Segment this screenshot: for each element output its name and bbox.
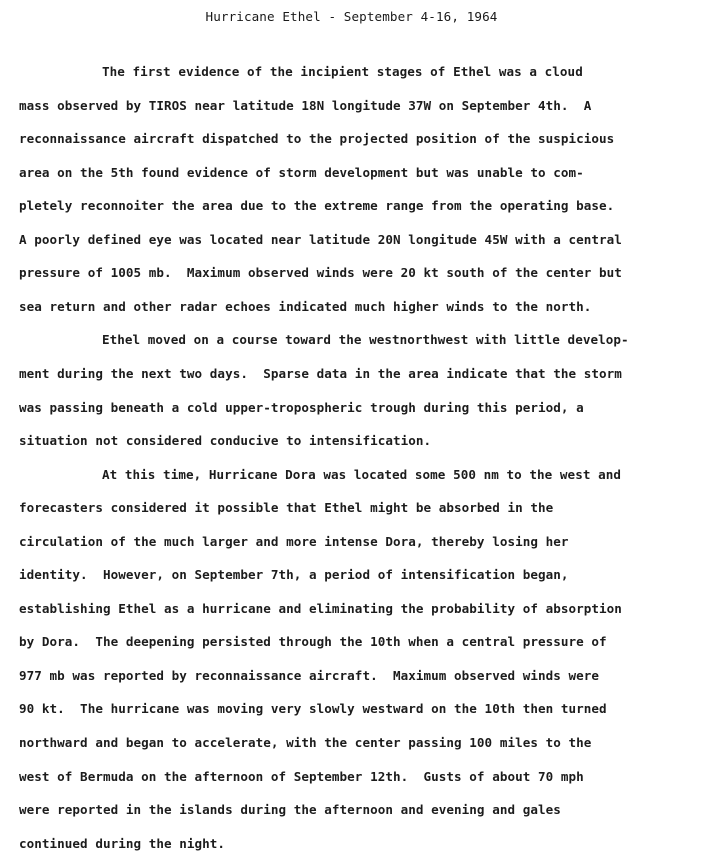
paragraph-line: 977 mb was reported by reconnaissance ai…: [19, 668, 599, 684]
paragraph-line: pressure of 1005 mb. Maximum observed wi…: [19, 265, 622, 281]
paragraph-first-line: At this time, Hurricane Dora was located…: [102, 467, 621, 483]
paragraph-line: area on the 5th found evidence of storm …: [19, 165, 584, 181]
paragraph-first-line: The first evidence of the incipient stag…: [102, 64, 583, 80]
paragraph-line: were reported in the islands during the …: [19, 802, 561, 818]
paragraph-line: by Dora. The deepening persisted through…: [19, 634, 607, 650]
paragraph-line: mass observed by TIROS near latitude 18N…: [19, 98, 591, 114]
document-title: Hurricane Ethel - September 4-16, 1964: [0, 9, 703, 24]
paragraph-line: northward and began to accelerate, with …: [19, 735, 591, 751]
paragraph-line: identity. However, on September 7th, a p…: [19, 567, 569, 583]
paragraph-line: pletely reconnoiter the area due to the …: [19, 198, 614, 214]
paragraph-line: ment during the next two days. Sparse da…: [19, 366, 622, 382]
paragraph-line: 90 kt. The hurricane was moving very slo…: [19, 701, 607, 717]
paragraph-line: was passing beneath a cold upper-troposp…: [19, 400, 584, 416]
paragraph-line: sea return and other radar echoes indica…: [19, 299, 591, 315]
paragraph-line: situation not considered conducive to in…: [19, 433, 431, 449]
paragraph-first-line: Ethel moved on a course toward the westn…: [102, 332, 629, 348]
paragraph-line: forecasters considered it possible that …: [19, 500, 553, 516]
paragraph-line: A poorly defined eye was located near la…: [19, 232, 622, 248]
paragraph-line: west of Bermuda on the afternoon of Sept…: [19, 769, 584, 785]
paragraph-line: circulation of the much larger and more …: [19, 534, 569, 550]
document-page: Hurricane Ethel - September 4-16, 1964 T…: [0, 0, 703, 868]
paragraph-line: establishing Ethel as a hurricane and el…: [19, 601, 622, 617]
paragraph-line: continued during the night.: [19, 836, 225, 852]
paragraph-line: reconnaissance aircraft dispatched to th…: [19, 131, 614, 147]
